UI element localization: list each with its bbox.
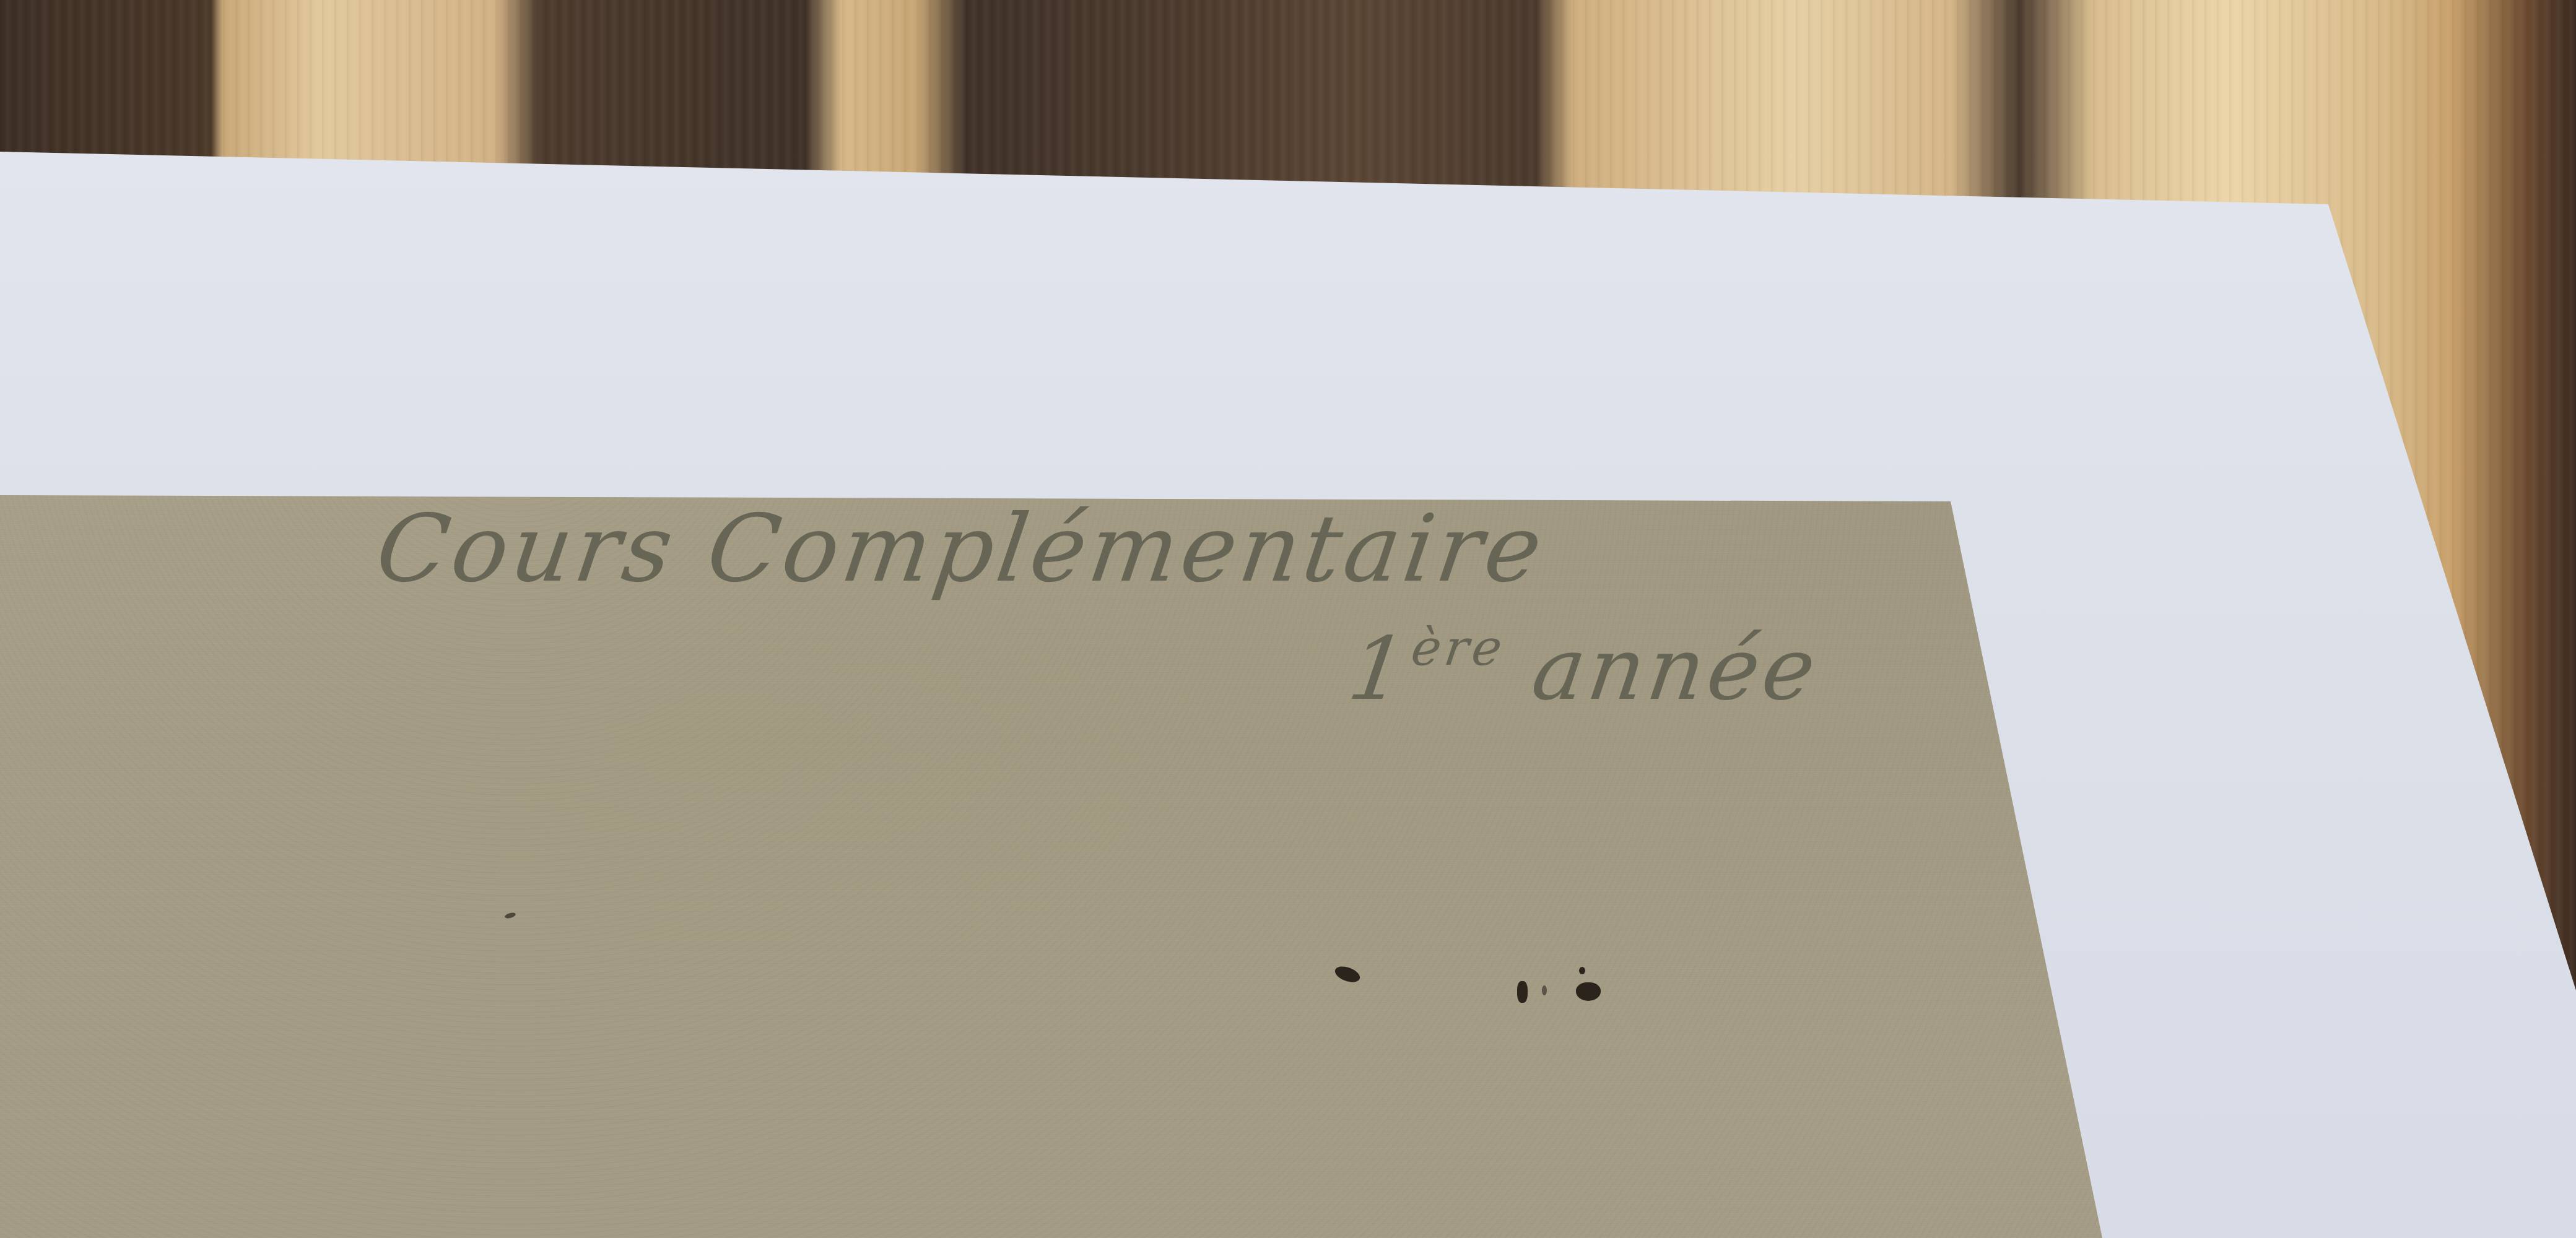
- ink-spot: [1576, 982, 1601, 1001]
- year-ordinal-suffix: ère: [1408, 619, 1509, 677]
- ink-spot: [1517, 981, 1528, 1003]
- photo-scene: Cours Complémentaire 1ère année: [0, 0, 2576, 1238]
- handwritten-title: Cours Complémentaire: [370, 495, 1552, 603]
- handwritten-title-text: Cours Complémentaire: [370, 495, 1552, 603]
- handwritten-year: 1ère année: [1343, 619, 1825, 720]
- ink-spot: [1542, 985, 1547, 995]
- year-word: année: [1526, 619, 1825, 720]
- ink-spot: [1579, 967, 1585, 974]
